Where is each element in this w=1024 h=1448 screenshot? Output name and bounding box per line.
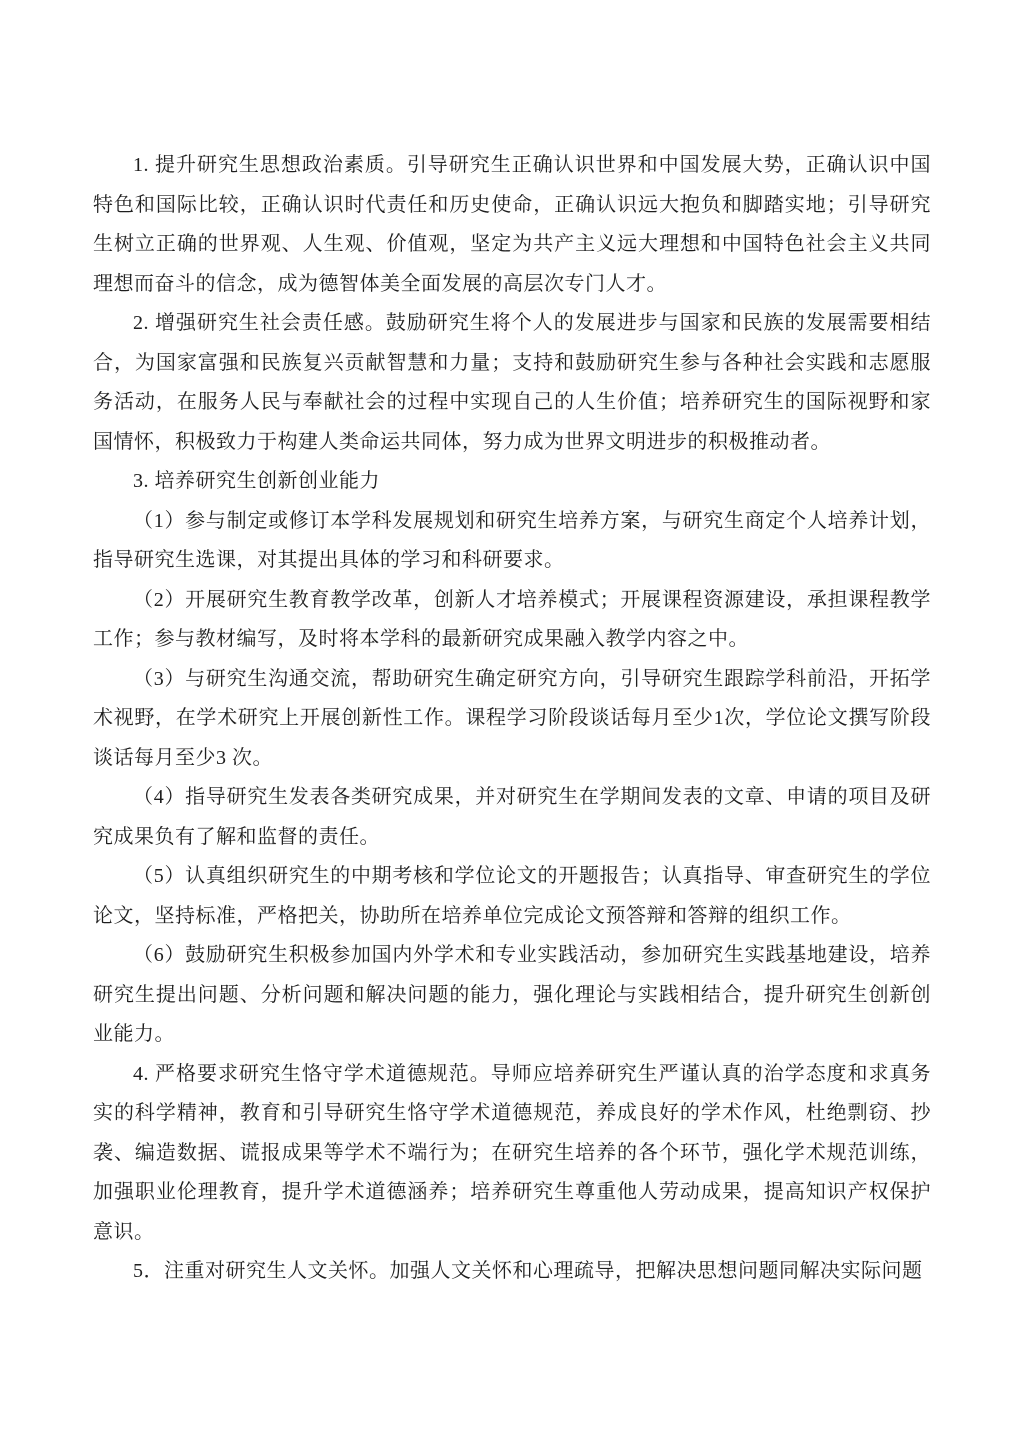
list-item-3-1: （1）参与制定或修订本学科发展规划和研究生培养方案，与研究生商定个人培养计划，指… bbox=[93, 502, 931, 581]
paragraph-3-heading-innovation-ability: 3. 培养研究生创新创业能力 bbox=[93, 462, 931, 502]
list-item-3-5: （5）认真组织研究生的中期考核和学位论文的开题报告；认真指导、审查研究生的学位论… bbox=[93, 857, 931, 936]
list-item-3-6: （6）鼓励研究生积极参加国内外学术和专业实践活动，参加研究生实践基地建设，培养研… bbox=[93, 936, 931, 1055]
list-item-3-2: （2）开展研究生教育教学改革，创新人才培养模式；开展课程资源建设，承担课程教学工… bbox=[93, 581, 931, 660]
paragraph-5-humanistic-care: 5．注重对研究生人文关怀。加强人文关怀和心理疏导，把解决思想问题同解决实际问题 bbox=[93, 1252, 931, 1292]
list-item-3-3: （3）与研究生沟通交流，帮助研究生确定研究方向，引导研究生跟踪学科前沿，开拓学术… bbox=[93, 660, 931, 779]
document-body: 1. 提升研究生思想政治素质。引导研究生正确认识世界和中国发展大势，正确认识中国… bbox=[93, 146, 931, 1292]
paragraph-4-academic-ethics: 4. 严格要求研究生恪守学术道德规范。导师应培养研究生严谨认真的治学态度和求真务… bbox=[93, 1055, 931, 1253]
paragraph-2-social-responsibility: 2. 增强研究生社会责任感。鼓励研究生将个人的发展进步与国家和民族的发展需要相结… bbox=[93, 304, 931, 462]
paragraph-1-ideological-quality: 1. 提升研究生思想政治素质。引导研究生正确认识世界和中国发展大势，正确认识中国… bbox=[93, 146, 931, 304]
document-page: 1. 提升研究生思想政治素质。引导研究生正确认识世界和中国发展大势，正确认识中国… bbox=[0, 0, 1024, 1448]
list-item-3-4: （4）指导研究生发表各类研究成果，并对研究生在学期间发表的文章、申请的项目及研究… bbox=[93, 778, 931, 857]
